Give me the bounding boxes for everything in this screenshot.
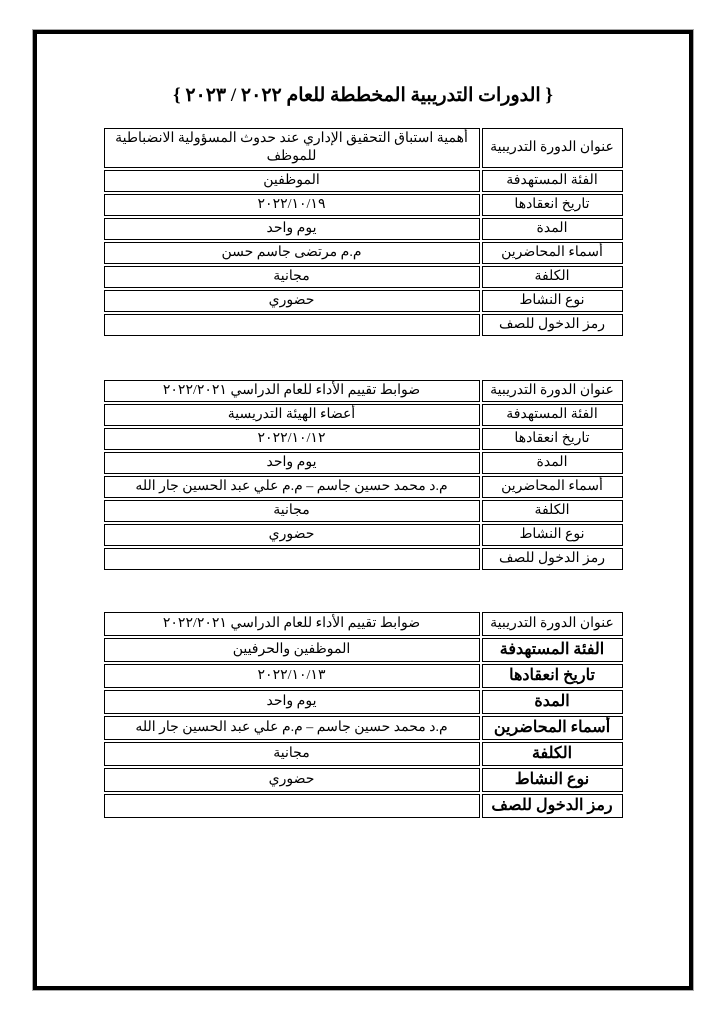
table-row: تاريخ انعقادها ٢٠٢٢/١٠/١٩ xyxy=(104,194,623,216)
table-row: نوع النشاط حضوري xyxy=(104,290,623,312)
table-row: رمز الدخول للصف xyxy=(104,314,623,336)
row-label-course-title: عنوان الدورة التدريبية xyxy=(482,612,623,636)
document-page: { الدورات التدريبية المخططة للعام ٢٠٢٢ /… xyxy=(0,0,724,1024)
table-row: المدة يوم واحد xyxy=(104,690,623,714)
row-value-target-group: الموظفين والحرفيين xyxy=(104,638,480,662)
row-value-date: ٢٠٢٢/١٠/١٢ xyxy=(104,428,480,450)
row-label-date: تاريخ انعقادها xyxy=(482,664,623,688)
row-label-activity-type: نوع النشاط xyxy=(482,290,623,312)
row-label-course-title: عنوان الدورة التدريبية xyxy=(482,128,623,168)
row-label-cost: الكلفة xyxy=(482,742,623,766)
table-row: أسماء المحاضرين م.م مرتضى جاسم حسن xyxy=(104,242,623,264)
row-value-target-group: الموظفين xyxy=(104,170,480,192)
table-row: أسماء المحاضرين م.د محمد حسين جاسم – م.م… xyxy=(104,716,623,740)
row-value-activity-type: حضوري xyxy=(104,290,480,312)
row-value-duration: يوم واحد xyxy=(104,690,480,714)
table-row: رمز الدخول للصف xyxy=(104,794,623,818)
row-value-activity-type: حضوري xyxy=(104,524,480,546)
table-row: أسماء المحاضرين م.د محمد حسين جاسم – م.م… xyxy=(104,476,623,498)
row-label-date: تاريخ انعقادها xyxy=(482,428,623,450)
row-label-lecturers: أسماء المحاضرين xyxy=(482,242,623,264)
row-value-cost: مجانية xyxy=(104,500,480,522)
row-value-date: ٢٠٢٢/١٠/١٣ xyxy=(104,664,480,688)
row-label-cost: الكلفة xyxy=(482,266,623,288)
row-label-target-group: الفئة المستهدفة xyxy=(482,404,623,426)
row-value-lecturers: م.د محمد حسين جاسم – م.م علي عبد الحسين … xyxy=(104,476,480,498)
row-label-course-title: عنوان الدورة التدريبية xyxy=(482,380,623,402)
row-value-class-code xyxy=(104,314,480,336)
table-row: عنوان الدورة التدريبية ضوابط تقييم الأدا… xyxy=(104,612,623,636)
row-value-class-code xyxy=(104,794,480,818)
table-row: المدة يوم واحد xyxy=(104,218,623,240)
course-table-3: عنوان الدورة التدريبية ضوابط تقييم الأدا… xyxy=(102,610,625,820)
row-label-activity-type: نوع النشاط xyxy=(482,768,623,792)
row-value-class-code xyxy=(104,548,480,570)
row-value-cost: مجانية xyxy=(104,266,480,288)
table-row: نوع النشاط حضوري xyxy=(104,768,623,792)
row-label-activity-type: نوع النشاط xyxy=(482,524,623,546)
row-label-date: تاريخ انعقادها xyxy=(482,194,623,216)
table-row: عنوان الدورة التدريبية أهمية استباق التح… xyxy=(104,128,623,168)
row-label-duration: المدة xyxy=(482,690,623,714)
row-label-lecturers: أسماء المحاضرين xyxy=(482,476,623,498)
table-row: نوع النشاط حضوري xyxy=(104,524,623,546)
table-row: المدة يوم واحد xyxy=(104,452,623,474)
row-label-duration: المدة xyxy=(482,218,623,240)
row-label-target-group: الفئة المستهدفة xyxy=(482,638,623,662)
row-value-duration: يوم واحد xyxy=(104,452,480,474)
row-value-course-title: ضوابط تقييم الأداء للعام الدراسي ٢٠٢٢/٢٠… xyxy=(104,380,480,402)
table-row: رمز الدخول للصف xyxy=(104,548,623,570)
table-row: الفئة المستهدفة الموظفين xyxy=(104,170,623,192)
row-value-course-title: أهمية استباق التحقيق الإداري عند حدوث ال… xyxy=(104,128,480,168)
row-label-class-code: رمز الدخول للصف xyxy=(482,794,623,818)
row-value-date: ٢٠٢٢/١٠/١٩ xyxy=(104,194,480,216)
table-row: الكلفة مجانية xyxy=(104,742,623,766)
row-value-activity-type: حضوري xyxy=(104,768,480,792)
row-label-cost: الكلفة xyxy=(482,500,623,522)
row-value-duration: يوم واحد xyxy=(104,218,480,240)
course-table-2: عنوان الدورة التدريبية ضوابط تقييم الأدا… xyxy=(102,378,625,572)
row-value-target-group: أعضاء الهيئة التدريسية xyxy=(104,404,480,426)
row-label-class-code: رمز الدخول للصف xyxy=(482,314,623,336)
row-value-lecturers: م.د محمد حسين جاسم – م.م علي عبد الحسين … xyxy=(104,716,480,740)
row-value-course-title: ضوابط تقييم الأداء للعام الدراسي ٢٠٢٢/٢٠… xyxy=(104,612,480,636)
table-row: الكلفة مجانية xyxy=(104,500,623,522)
row-label-class-code: رمز الدخول للصف xyxy=(482,548,623,570)
table-row: عنوان الدورة التدريبية ضوابط تقييم الأدا… xyxy=(104,380,623,402)
row-label-target-group: الفئة المستهدفة xyxy=(482,170,623,192)
row-value-lecturers: م.م مرتضى جاسم حسن xyxy=(104,242,480,264)
row-label-duration: المدة xyxy=(482,452,623,474)
row-label-lecturers: أسماء المحاضرين xyxy=(482,716,623,740)
table-row: الكلفة مجانية xyxy=(104,266,623,288)
document-title: { الدورات التدريبية المخططة للعام ٢٠٢٢ /… xyxy=(37,84,689,107)
row-value-cost: مجانية xyxy=(104,742,480,766)
page-border-frame: { الدورات التدريبية المخططة للعام ٢٠٢٢ /… xyxy=(33,30,693,990)
course-table-1: عنوان الدورة التدريبية أهمية استباق التح… xyxy=(102,126,625,338)
table-row: الفئة المستهدفة أعضاء الهيئة التدريسية xyxy=(104,404,623,426)
table-row: تاريخ انعقادها ٢٠٢٢/١٠/١٣ xyxy=(104,664,623,688)
table-row: الفئة المستهدفة الموظفين والحرفيين xyxy=(104,638,623,662)
table-row: تاريخ انعقادها ٢٠٢٢/١٠/١٢ xyxy=(104,428,623,450)
